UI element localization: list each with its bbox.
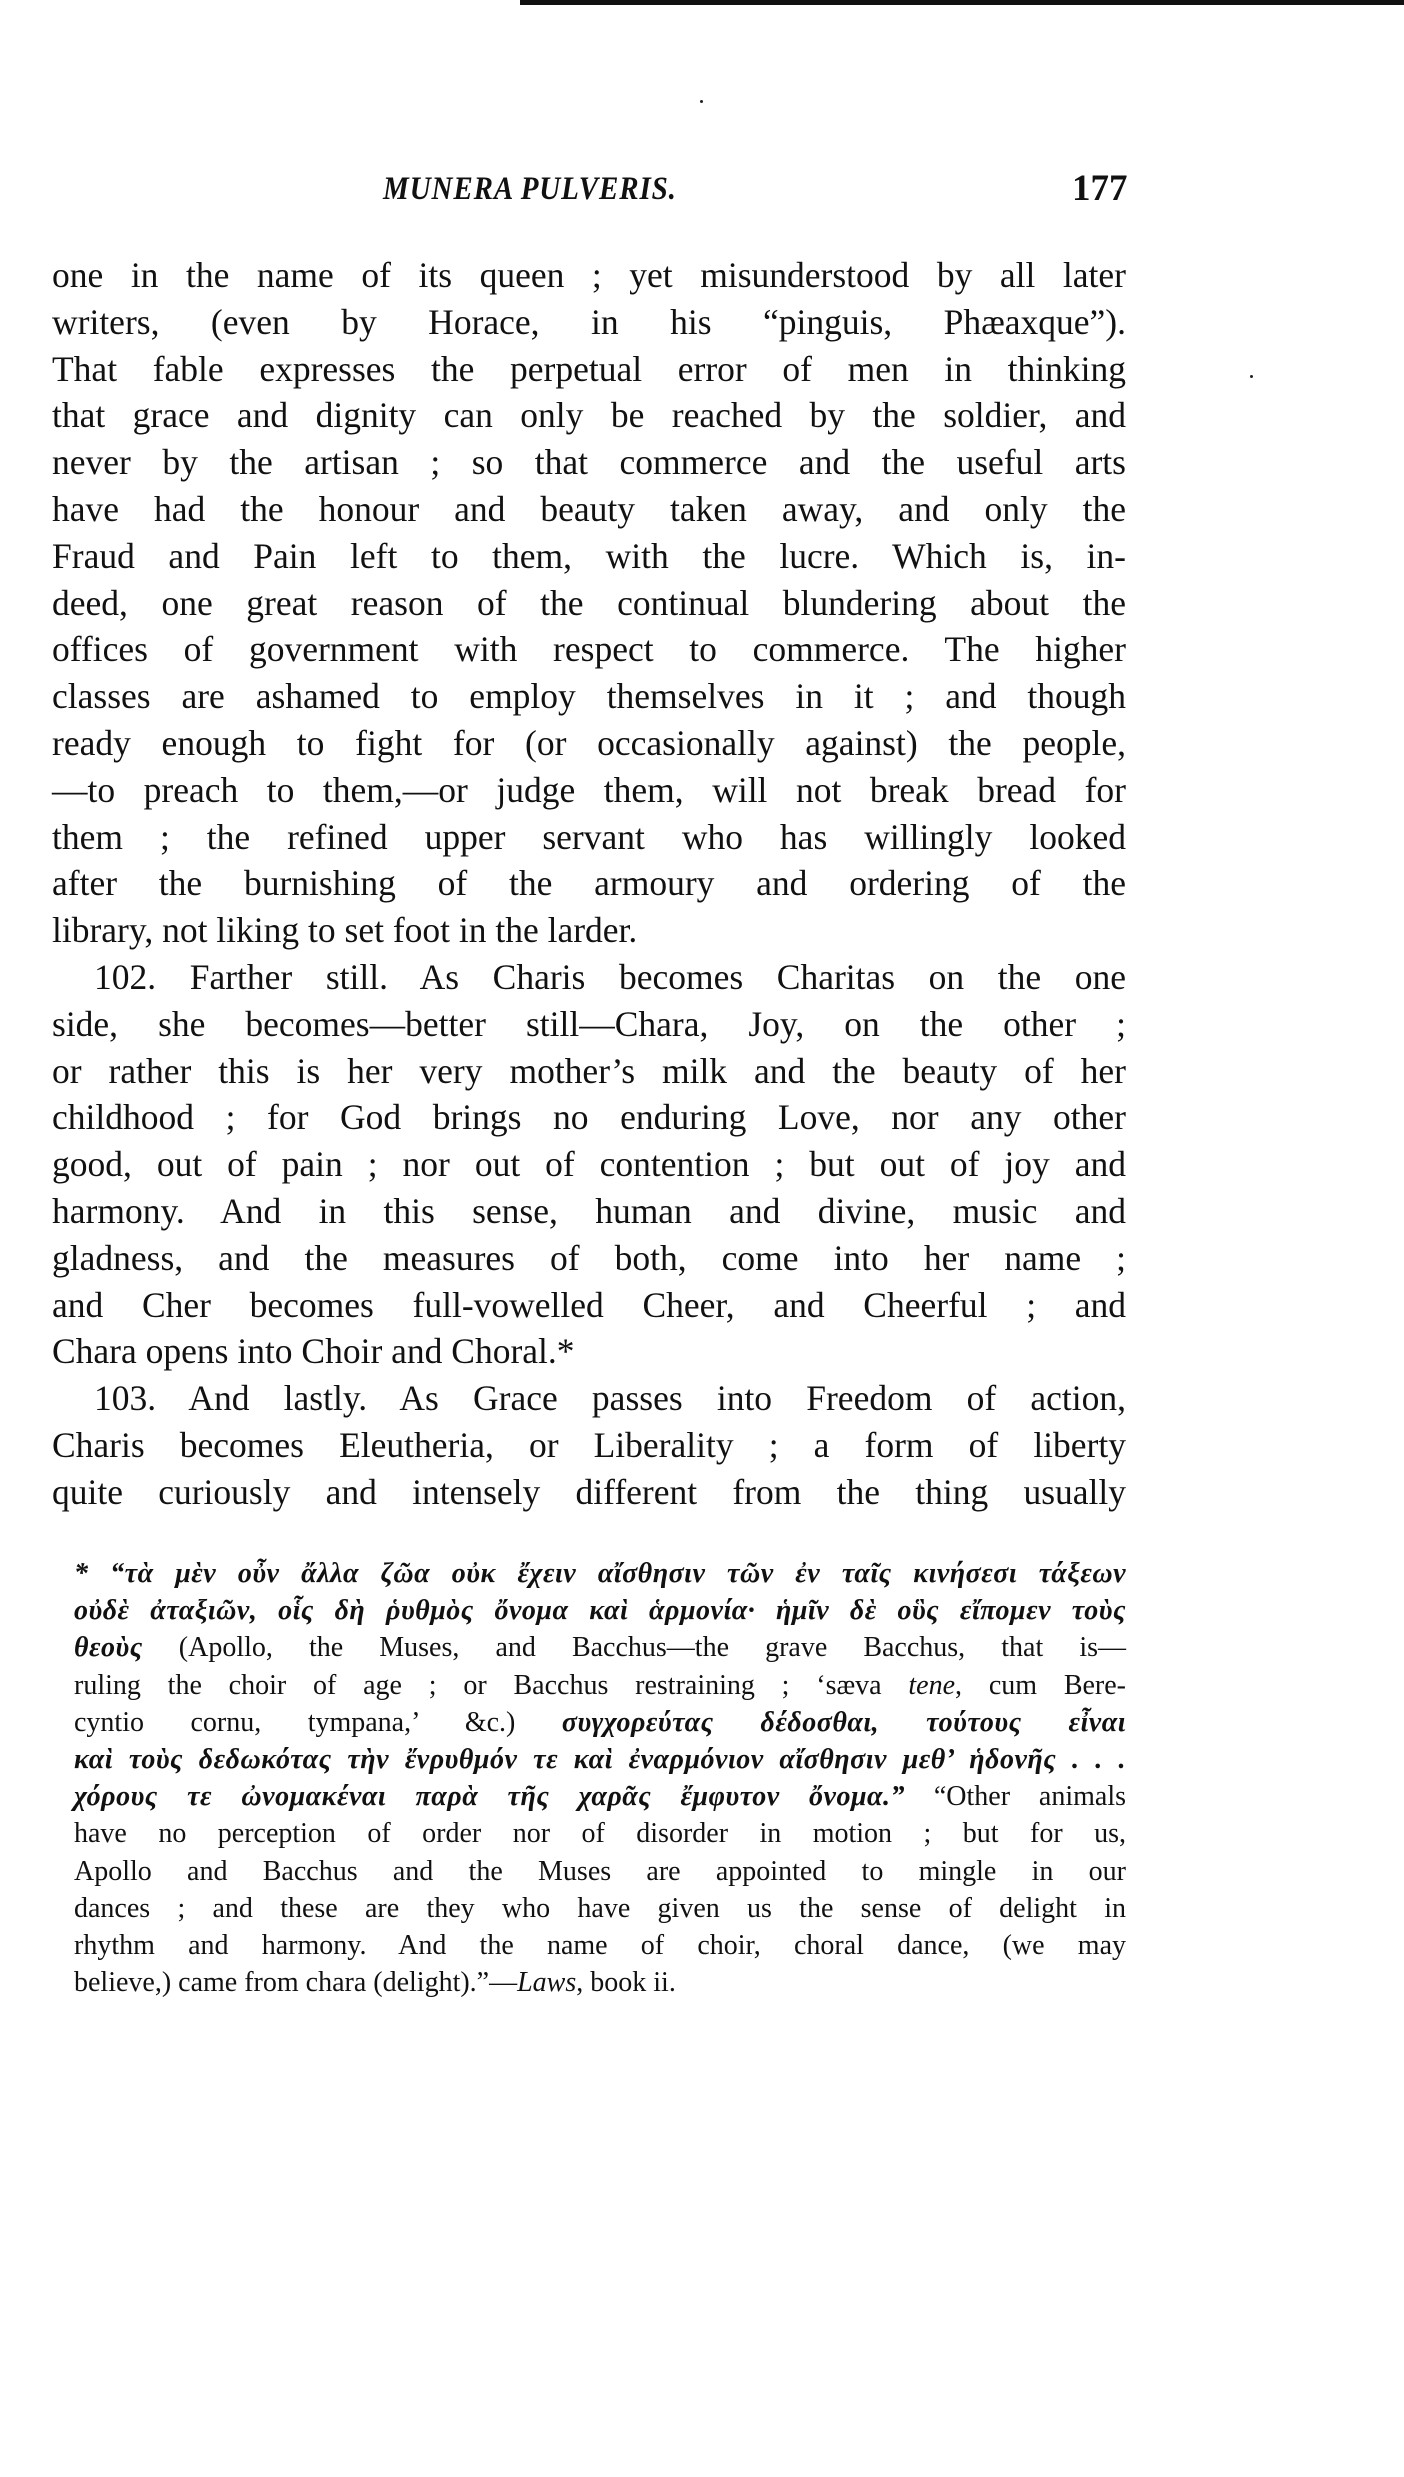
- footnote-line: θεοὺς (Apollo, the Muses, and Bacchus—th…: [74, 1629, 1126, 1666]
- text-line: gladness, and the measures of both, come…: [52, 1235, 1126, 1282]
- footnote-line: rhythm and harmony. And the name of choi…: [74, 1927, 1126, 1964]
- text-line: that grace and dignity can only be reach…: [52, 392, 1126, 439]
- footnote-line: cyntio cornu, tympana,’ &c.) συγχορεύτας…: [74, 1704, 1126, 1741]
- text-line: them ; the refined upper servant who has…: [52, 814, 1126, 861]
- footnote-line: καὶ τοὺς δεδωκότας τὴν ἔνρυθμόν τε καὶ ἐ…: [74, 1741, 1126, 1778]
- greek-text: * “τὰ μὲν οὖν ἄλλα ζῶα οὐκ ἔχειν αἴσθησι…: [74, 1558, 1126, 1589]
- footnote-text: cyntio cornu, tympana,’ &c.): [74, 1707, 562, 1738]
- body-text: one in the name of its queen ; yet misun…: [52, 252, 1126, 1516]
- text-line: Fraud and Pain left to them, with the lu…: [52, 533, 1126, 580]
- footnote: * “τὰ μὲν οὖν ἄλλα ζῶα οὐκ ἔχειν αἴσθησι…: [74, 1555, 1126, 2001]
- footnote-line: have no perception of order nor of disor…: [74, 1815, 1126, 1852]
- running-title: MUNERA PULVERIS.: [383, 171, 677, 208]
- text-line: one in the name of its queen ; yet misun…: [52, 252, 1126, 299]
- page-number: 177: [1072, 167, 1128, 210]
- footnote-line: dances ; and these are they who have giv…: [74, 1890, 1126, 1927]
- text-line: offices of government with respect to co…: [52, 626, 1126, 673]
- text-line: ready enough to fight for (or occasional…: [52, 720, 1126, 767]
- text-line: writers, (even by Horace, in his “pingui…: [52, 299, 1126, 346]
- italic-word: tene: [908, 1670, 955, 1701]
- citation-title: Laws: [517, 1967, 576, 1998]
- footnote-line: οὐδὲ ἀταξιῶν, οἷς δὴ ῥυθμὸς ὄνομα καὶ ἁρ…: [74, 1592, 1126, 1629]
- greek-text: χόρους τε ὠνομακέναι παρὰ τῆς χαρᾶς ἔμφυ…: [74, 1781, 905, 1812]
- page-header: MUNERA PULVERIS. 177: [0, 163, 1404, 213]
- text-line: or rather this is her very mother’s milk…: [52, 1048, 1126, 1095]
- text-line: never by the artisan ; so that commerce …: [52, 439, 1126, 486]
- text-line: library, not liking to set foot in the l…: [52, 907, 1126, 954]
- footnote-line: ruling the choir of age ; or Bacchus res…: [74, 1667, 1126, 1704]
- text-line: quite curiously and intensely different …: [52, 1469, 1126, 1516]
- text-line: —to preach to them,—or judge them, will …: [52, 767, 1126, 814]
- text-line: after the burnishing of the armoury and …: [52, 860, 1126, 907]
- footnote-text: , cum Bere-: [955, 1670, 1126, 1701]
- greek-text: συγχορεύτας δέδοσθαι, τούτους εἶναι: [562, 1707, 1126, 1738]
- text-line: good, out of pain ; nor out of contentio…: [52, 1141, 1126, 1188]
- text-line: That fable expresses the perpetual error…: [52, 346, 1126, 393]
- footnote-line: believe,) came from chara (delight).”—La…: [74, 1964, 1126, 2001]
- scan-edge-bar: [520, 0, 1404, 5]
- footnote-text: “Other animals: [905, 1781, 1126, 1812]
- greek-text: θεοὺς: [74, 1632, 143, 1663]
- footnote-text: believe,) came from chara (delight).”—: [74, 1967, 517, 1998]
- text-line: deed, one great reason of the continual …: [52, 580, 1126, 627]
- text-line: childhood ; for God brings no enduring L…: [52, 1094, 1126, 1141]
- footnote-text: (Apollo, the Muses, and Bacchus—the grav…: [143, 1632, 1126, 1663]
- footnote-text: ruling the choir of age ; or Bacchus res…: [74, 1670, 908, 1701]
- text-line-footnote-ref: Chara opens into Choir and Choral.*: [52, 1328, 1126, 1375]
- citation-ref: , book ii.: [576, 1967, 676, 1998]
- paragraph-103-start: 103. And lastly. As Grace passes into Fr…: [52, 1375, 1126, 1422]
- text-line: harmony. And in this sense, human and di…: [52, 1188, 1126, 1235]
- paragraph-102-start: 102. Farther still. As Charis becomes Ch…: [52, 954, 1126, 1001]
- text-line: have had the honour and beauty taken awa…: [52, 486, 1126, 533]
- text-line: classes are ashamed to employ themselves…: [52, 673, 1126, 720]
- scan-speck: [700, 100, 703, 103]
- text-line: and Cher becomes full-vowelled Cheer, an…: [52, 1282, 1126, 1329]
- scan-speck: [1250, 375, 1253, 378]
- footnote-line: χόρους τε ὠνομακέναι παρὰ τῆς χαρᾶς ἔμφυ…: [74, 1778, 1126, 1815]
- footnote-line: Apollo and Bacchus and the Muses are app…: [74, 1853, 1126, 1890]
- greek-text: καὶ τοὺς δεδωκότας τὴν ἔνρυθμόν τε καὶ ἐ…: [74, 1744, 1126, 1775]
- text-line: Charis becomes Eleutheria, or Liberality…: [52, 1422, 1126, 1469]
- footnote-line: * “τὰ μὲν οὖν ἄλλα ζῶα οὐκ ἔχειν αἴσθησι…: [74, 1555, 1126, 1592]
- text-line: side, she becomes—better still—Chara, Jo…: [52, 1001, 1126, 1048]
- greek-text: οὐδὲ ἀταξιῶν, οἷς δὴ ῥυθμὸς ὄνομα καὶ ἁρ…: [74, 1595, 1126, 1626]
